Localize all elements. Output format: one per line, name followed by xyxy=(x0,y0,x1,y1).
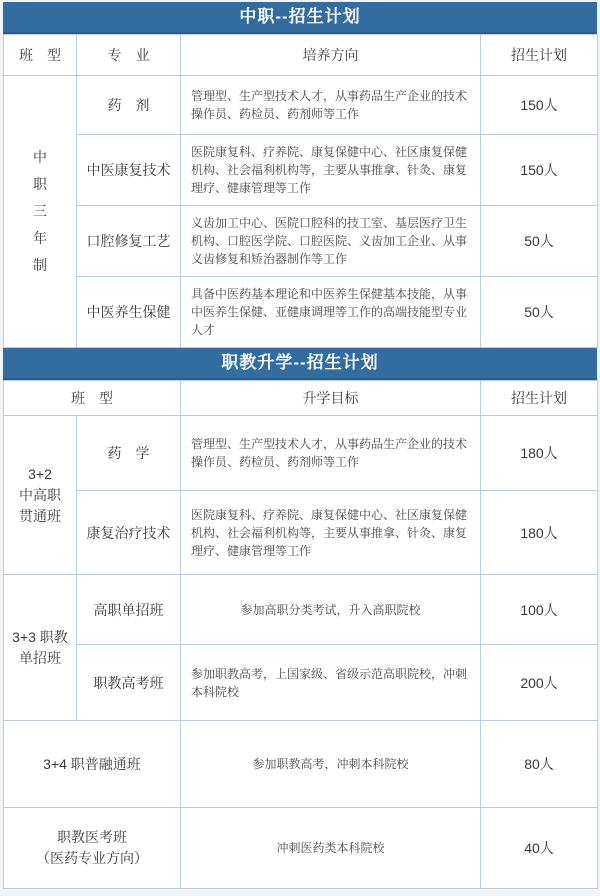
target-cell: 管理型、生产型技术人才，从事药品生产企业的技术操作员、药检员、药剂师等工作 xyxy=(181,416,481,491)
table-row: 职教高考班 参加职教高考，上国家级、省级示范高职院校，冲刺本科院校 200人 xyxy=(4,645,598,721)
mid-header-row: 班 型 专 业 培养方向 招生计划 xyxy=(4,35,598,76)
group-medexam-cell: 职教医考班 （医药专业方向） xyxy=(4,808,181,889)
target-cell: 冲刺医药类本科院校 xyxy=(181,808,481,889)
direction-cell: 具备中医药基本理论和中医养生保健基本技能，从事中医养生保健、亚健康调理等工作的高… xyxy=(181,277,481,348)
mid-header-major: 专 业 xyxy=(77,35,181,76)
upgrade-header-target: 升学目标 xyxy=(181,381,481,416)
upgrade-section-title: 职教升学--招生计划 xyxy=(221,353,378,372)
plan-cell: 40人 xyxy=(481,808,598,889)
table-row: 3+4 职普融通班 参加职教高考，冲刺本科院校 80人 xyxy=(4,721,598,808)
major-cell: 高职单招班 xyxy=(77,575,181,645)
table-row: 中 职 三 年 制 药 剂 管理型、生产型技术人才，从事药品生产企业的技术操作员… xyxy=(4,76,598,135)
table-row: 中医养生保健 具备中医药基本理论和中医养生保健基本技能，从事中医养生保健、亚健康… xyxy=(4,277,598,348)
table-row: 康复治疗技术 医院康复科、疗养院、康复保健中心、社区康复保健机构、社会福利机构等… xyxy=(4,491,598,575)
plan-cell: 50人 xyxy=(481,206,598,277)
major-cell: 中医康复技术 xyxy=(77,135,181,206)
target-cell: 参加职教高考，冲刺本科院校 xyxy=(181,721,481,808)
plan-cell: 180人 xyxy=(481,416,598,491)
upgrade-header-row: 班 型 升学目标 招生计划 xyxy=(4,381,598,416)
major-cell: 药 剂 xyxy=(77,76,181,135)
plan-cell: 50人 xyxy=(481,277,598,348)
major-cell: 职教高考班 xyxy=(77,645,181,721)
upgrade-header-class-type: 班 型 xyxy=(4,381,181,416)
mid-section-title-bar: 中职--招生计划 xyxy=(3,2,597,34)
target-cell: 参加职教高考，上国家级、省级示范高职院校，冲刺本科院校 xyxy=(181,645,481,721)
group-3plus2-cell: 3+2 中高职 贯通班 xyxy=(4,416,77,575)
plan-cell: 180人 xyxy=(481,491,598,575)
mid-header-direction: 培养方向 xyxy=(181,35,481,76)
major-cell: 康复治疗技术 xyxy=(77,491,181,575)
table-row: 中医康复技术 医院康复科、疗养院、康复保健中心、社区康复保健机构、社会福利机构等… xyxy=(4,135,598,206)
plan-cell: 100人 xyxy=(481,575,598,645)
major-cell: 中医养生保健 xyxy=(77,277,181,348)
direction-cell: 医院康复科、疗养院、康复保健中心、社区康复保健机构、社会福利机构等，主要从事推拿… xyxy=(181,135,481,206)
mid-header-plan: 招生计划 xyxy=(481,35,598,76)
table-row: 3+2 中高职 贯通班 药 学 管理型、生产型技术人才，从事药品生产企业的技术操… xyxy=(4,416,598,491)
major-cell: 口腔修复工艺 xyxy=(77,206,181,277)
group-3plus4-cell: 3+4 职普融通班 xyxy=(4,721,181,808)
direction-cell: 义齿加工中心、医院口腔科的技工室、基层医疗卫生机构、口腔医学院、口腔医院、义齿加… xyxy=(181,206,481,277)
plan-cell: 80人 xyxy=(481,721,598,808)
target-cell: 参加高职分类考试，升入高职院校 xyxy=(181,575,481,645)
plan-cell: 200人 xyxy=(481,645,598,721)
mid-section-table: 班 型 专 业 培养方向 招生计划 中 职 三 年 制 药 剂 管理型、生产型技… xyxy=(3,34,598,348)
group-3plus3-cell: 3+3 职教 单招班 xyxy=(4,575,77,721)
plan-cell: 150人 xyxy=(481,135,598,206)
direction-cell: 管理型、生产型技术人才，从事药品生产企业的技术操作员、药检员、药剂师等工作 xyxy=(181,76,481,135)
upgrade-section-table: 班 型 升学目标 招生计划 3+2 中高职 贯通班 药 学 管理型、生产型技术人… xyxy=(3,380,598,889)
table-row: 3+3 职教 单招班 高职单招班 参加高职分类考试，升入高职院校 100人 xyxy=(4,575,598,645)
upgrade-header-plan: 招生计划 xyxy=(481,381,598,416)
mid-section-title: 中职--招生计划 xyxy=(239,7,360,26)
upgrade-section-title-bar: 职教升学--招生计划 xyxy=(3,348,597,380)
enrollment-plan-page: 中职--招生计划 班 型 专 业 培养方向 招生计划 中 职 三 年 制 药 剂… xyxy=(0,0,600,896)
major-cell: 药 学 xyxy=(77,416,181,491)
table-row: 职教医考班 （医药专业方向） 冲刺医药类本科院校 40人 xyxy=(4,808,598,889)
mid-group-label-cell: 中 职 三 年 制 xyxy=(4,76,77,348)
plan-cell: 150人 xyxy=(481,76,598,135)
table-row: 口腔修复工艺 义齿加工中心、医院口腔科的技工室、基层医疗卫生机构、口腔医学院、口… xyxy=(4,206,598,277)
mid-header-class-type: 班 型 xyxy=(4,35,77,76)
target-cell: 医院康复科、疗养院、康复保健中心、社区康复保健机构、社会福利机构等，主要从事推拿… xyxy=(181,491,481,575)
